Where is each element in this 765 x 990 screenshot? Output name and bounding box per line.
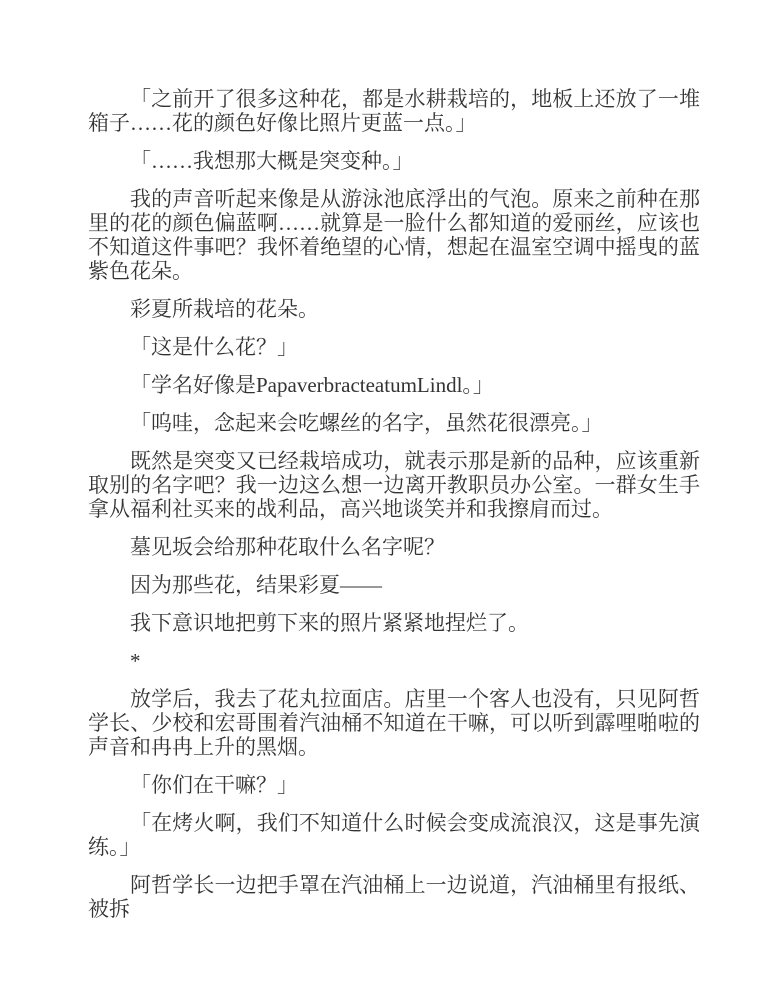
section-break: * (88, 649, 700, 673)
paragraph: 「之前开了很多这种花，都是水耕栽培的，地板上还放了一堆箱子……花的颜色好像比照片… (88, 87, 700, 135)
paragraph: 彩夏所栽培的花朵。 (88, 297, 700, 321)
book-page: 「之前开了很多这种花，都是水耕栽培的，地板上还放了一堆箱子……花的颜色好像比照片… (0, 0, 765, 990)
page-body: 「之前开了很多这种花，都是水耕栽培的，地板上还放了一堆箱子……花的颜色好像比照片… (88, 87, 700, 935)
paragraph: 「学名好像是PapaverbracteatumLindl。」 (88, 373, 700, 397)
paragraph: 因为那些花，结果彩夏—— (88, 573, 700, 597)
paragraph: 「在烤火啊，我们不知道什么时候会变成流浪汉，这是事先演练。」 (88, 811, 700, 859)
paragraph: 「你们在干嘛？」 (88, 773, 700, 797)
paragraph: 阿哲学长一边把手罩在汽油桶上一边说道，汽油桶里有报纸、被拆 (88, 873, 700, 921)
paragraph: 既然是突变又已经栽培成功，就表示那是新的品种，应该重新取别的名字吧？我一边这么想… (88, 449, 700, 521)
paragraph: 「……我想那大概是突变种。」 (88, 149, 700, 173)
paragraph: 墓见坂会给那种花取什么名字呢？ (88, 535, 700, 559)
paragraph: 我的声音听起来像是从游泳池底浮出的气泡。原来之前种在那里的花的颜色偏蓝啊……就算… (88, 187, 700, 283)
paragraph: 「呜哇，念起来会吃螺丝的名字，虽然花很漂亮。」 (88, 411, 700, 435)
paragraph: 放学后，我去了花丸拉面店。店里一个客人也没有，只见阿哲学长、少校和宏哥围着汽油桶… (88, 687, 700, 759)
paragraph: 「这是什么花？」 (88, 335, 700, 359)
paragraph: 我下意识地把剪下来的照片紧紧地捏烂了。 (88, 611, 700, 635)
